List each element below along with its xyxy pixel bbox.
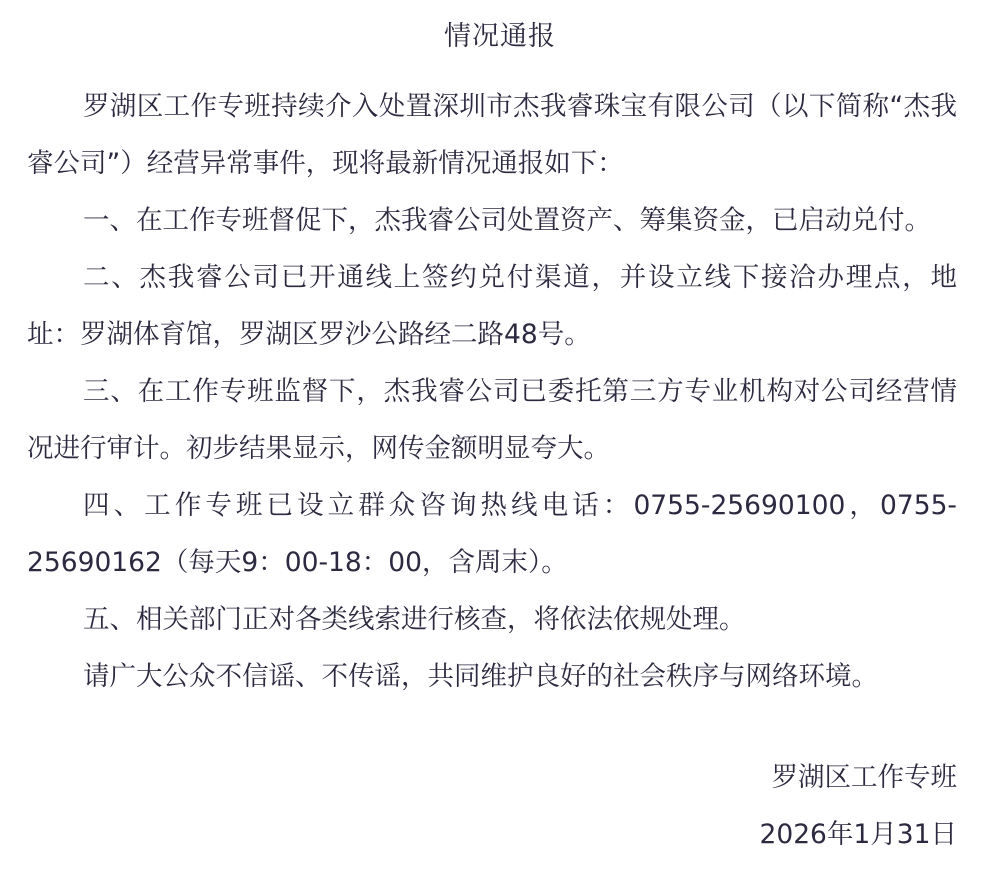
intro-paragraph: 罗湖区工作专班持续介入处置深圳市杰我睿珠宝有限公司（以下简称“杰我睿公司”）经营… — [27, 78, 957, 192]
item-3-paragraph: 三、在工作专班监督下，杰我睿公司已委托第三方专业机构对公司经营情况进行审计。初步… — [27, 363, 957, 477]
document-body: 罗湖区工作专班持续介入处置深圳市杰我睿珠宝有限公司（以下简称“杰我睿公司”）经营… — [27, 78, 957, 705]
item-1-paragraph: 一、在工作专班督促下，杰我睿公司处置资产、筹集资金，已启动兑付。 — [27, 192, 957, 249]
signature-date: 2026年1月31日 — [759, 815, 957, 855]
notice-document: 情况通报 罗湖区工作专班持续介入处置深圳市杰我睿珠宝有限公司（以下简称“杰我睿公… — [0, 0, 1000, 894]
item-5-paragraph: 五、相关部门正对各类线索进行核查，将依法依规处理。 — [27, 591, 957, 648]
document-title: 情况通报 — [0, 17, 1000, 57]
item-4-paragraph: 四、工作专班已设立群众咨询热线电话：0755-25690100，0755-256… — [27, 477, 957, 591]
signature-organization: 罗湖区工作专班 — [772, 758, 958, 798]
appeal-paragraph: 请广大公众不信谣、不传谣，共同维护良好的社会秩序与网络环境。 — [27, 648, 957, 705]
item-2-paragraph: 二、杰我睿公司已开通线上签约兑付渠道，并设立线下接洽办理点，地址：罗湖体育馆，罗… — [27, 249, 957, 363]
